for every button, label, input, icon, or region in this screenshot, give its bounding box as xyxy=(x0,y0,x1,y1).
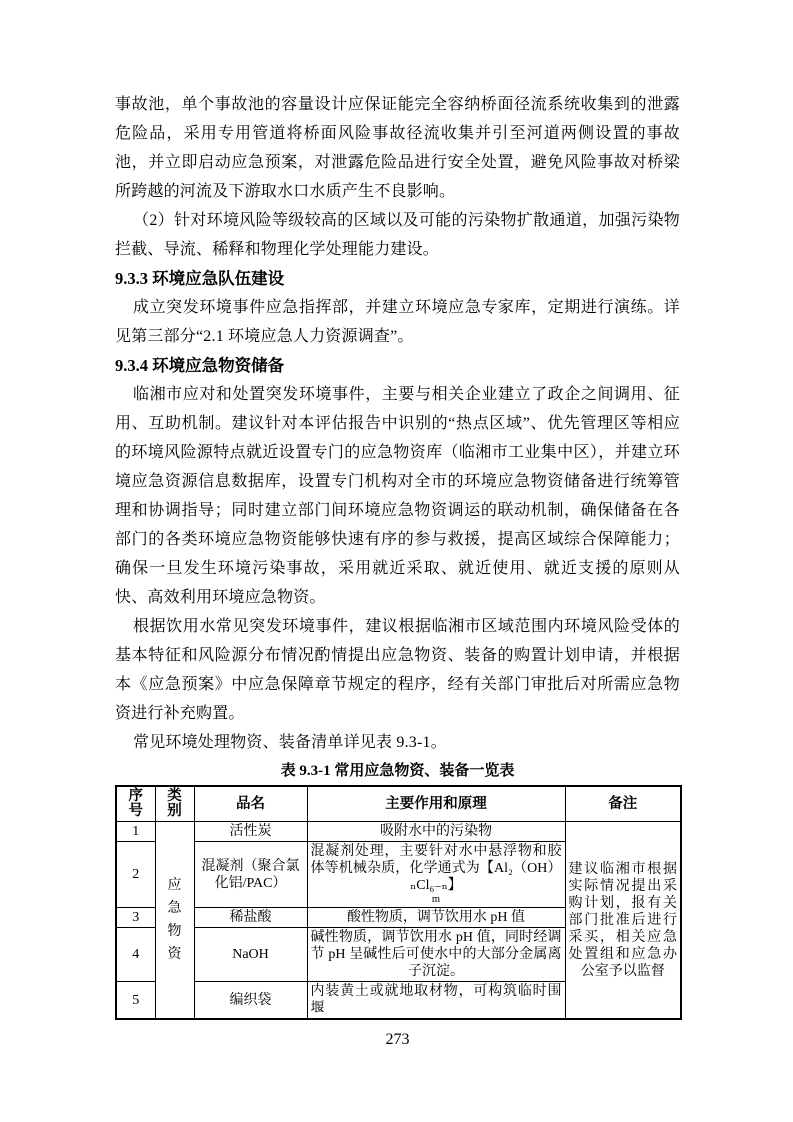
cell-no: 3 xyxy=(116,908,155,928)
paragraph: 事故池，单个事故池的容量设计应保证能完全容纳桥面径流系统收集到的泄露危险品，采用… xyxy=(115,90,680,206)
paragraph: 成立突发环境事件应急指挥部，并建立环境应急专家库，定期进行演练。详见第三部分“2… xyxy=(115,293,680,351)
cell-no: 1 xyxy=(116,822,155,842)
page-number: 273 xyxy=(115,1030,680,1050)
cell-purpose: 碱性物质，调节饮用水 pH 值，同时经调节 pH 呈碱性后可使水中的大部分金属离… xyxy=(307,928,565,982)
cell-no: 5 xyxy=(116,982,155,1020)
col-header-remark: 备注 xyxy=(565,786,681,822)
cell-no: 2 xyxy=(116,842,155,908)
cell-purpose: 吸附水中的污染物 xyxy=(307,822,565,842)
col-header-name: 品名 xyxy=(194,786,307,822)
cell-category: 应急物资 xyxy=(155,822,194,1020)
section-heading-933: 9.3.3 环境应急队伍建设 xyxy=(115,264,680,293)
paragraph: 常见环境处理物资、装备清单详见表 9.3-1。 xyxy=(115,728,680,757)
paragraph: 临湘市应对和处置突发环境事件，主要与相关企业建立了政企之间调用、征用、互助机制。… xyxy=(115,380,680,612)
cell-purpose: 内装黄土或就地取材物，可构筑临时围堰 xyxy=(307,982,565,1020)
formula-text: 混凝剂处理，主要针对水中悬浮物和胶体等机械杂质，化学通式为【Al₂（OH）ₙCl… xyxy=(311,843,562,894)
cell-remark: 建议临湘市根据实际情况提出采购计划，报有关部门批准后进行采买，相关应急处置组和应… xyxy=(565,822,681,1020)
cell-name: 混凝剂（聚合氯化铝/PAC） xyxy=(194,842,307,908)
cell-name: 活性炭 xyxy=(194,822,307,842)
table-header-row: 序号 类别 品名 主要作用和原理 备注 xyxy=(116,786,681,822)
page-content: 事故池，单个事故池的容量设计应保证能完全容纳桥面径流系统收集到的泄露危险品，采用… xyxy=(115,90,680,1050)
materials-table: 序号 类别 品名 主要作用和原理 备注 1 应急物资 活性炭 吸附水中的污染物 … xyxy=(115,785,682,1020)
cell-name: 稀盐酸 xyxy=(194,908,307,928)
paragraph: （2）针对环境风险等级较高的区域以及可能的污染物扩散通道，加强污染物拦截、导流、… xyxy=(115,206,680,264)
cell-no: 4 xyxy=(116,928,155,982)
paragraph: 根据饮用水常见突发环境事件，建议根据临湘市区域范围内环境风险受体的基本特征和风险… xyxy=(115,612,680,728)
cell-purpose: 酸性物质，调节饮用水 pH 值 xyxy=(307,908,565,928)
formula-subscript: m xyxy=(311,894,562,906)
section-heading-934: 9.3.4 环境应急物资储备 xyxy=(115,351,680,380)
col-header-purpose: 主要作用和原理 xyxy=(307,786,565,822)
cell-purpose: 混凝剂处理，主要针对水中悬浮物和胶体等机械杂质，化学通式为【Al₂（OH）ₙCl… xyxy=(307,842,565,908)
cell-name: NaOH xyxy=(194,928,307,982)
col-header-category: 类别 xyxy=(155,786,194,822)
table-caption: 表 9.3-1 常用应急物资、装备一览表 xyxy=(115,761,680,781)
document-page: 事故池，单个事故池的容量设计应保证能完全容纳桥面径流系统收集到的泄露危险品，采用… xyxy=(0,0,793,1122)
cell-name: 编织袋 xyxy=(194,982,307,1020)
col-header-no: 序号 xyxy=(116,786,155,822)
table-row: 1 应急物资 活性炭 吸附水中的污染物 建议临湘市根据实际情况提出采购计划，报有… xyxy=(116,822,681,842)
